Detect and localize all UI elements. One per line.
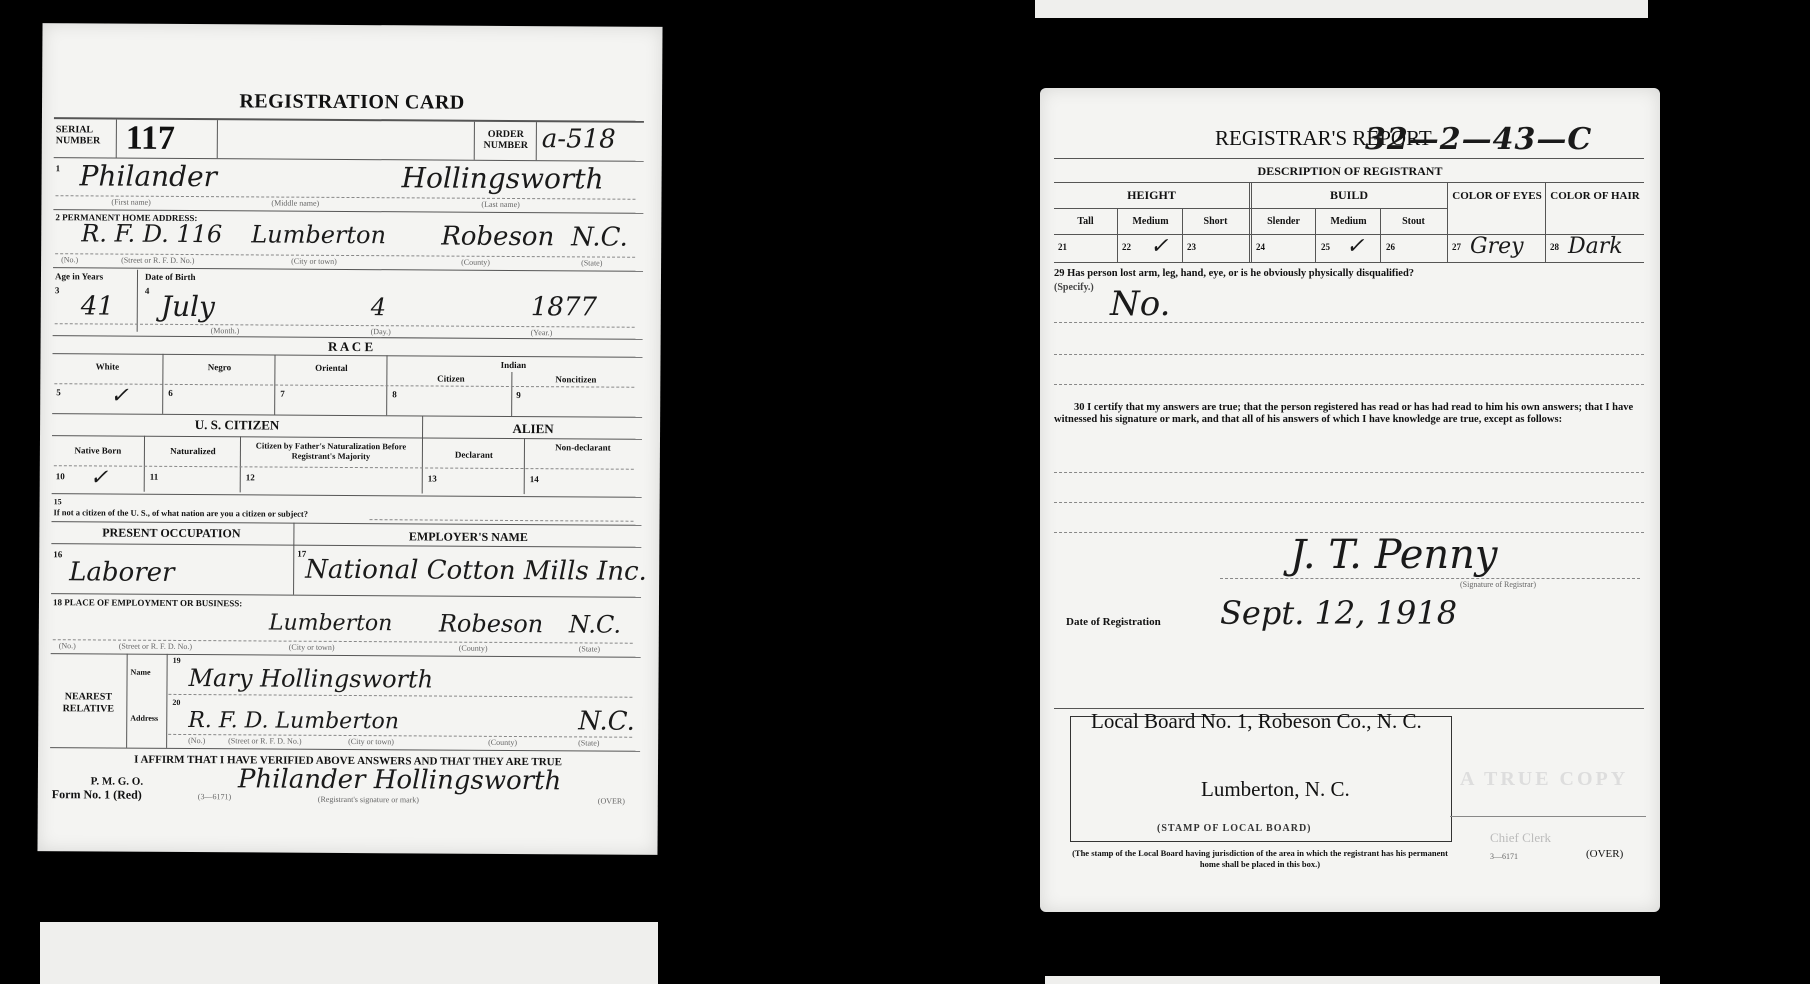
caption: (No.) [61,255,78,264]
build-header: BUILD [1251,188,1447,203]
caption: (Street or R. F. D. No.) [119,642,192,651]
race-indian: Indian [388,359,638,371]
form-code: 3—6171 [1490,852,1518,861]
relative-state: N.C. [578,706,635,736]
caption: (City or town) [348,737,394,746]
caption: (No.) [188,736,205,745]
height-tall: Tall [1054,216,1117,227]
by-father-label: Citizen by Father's Naturalization Befor… [242,440,420,461]
form-code: (3—6171) [198,792,231,801]
caption: (County) [459,644,488,653]
q15-text: If not a citizen of the U. S., of what n… [54,507,308,519]
dob-label: Date of Birth [145,272,196,282]
place-city: Lumberton [269,611,393,637]
q29-specify: (Specify.) [1054,282,1094,293]
signature-caption: (Registrant's signature or mark) [318,795,419,805]
build-medium-checkmark: ✓ [1346,234,1364,259]
card-title: REGISTRATION CARD [42,89,662,116]
caption: (Street or R. F. D. No.) [121,256,194,265]
q29-answer: No. [1110,284,1170,324]
field-num: 19 [173,656,181,665]
place-label: 18 PLACE OF EMPLOYMENT OR BUSINESS: [53,597,242,608]
caption: (State) [579,644,600,653]
relative-name-label: Name [131,668,151,677]
stamp-line2: Lumberton, N. C. [1201,777,1350,802]
report-subtitle: DESCRIPTION OF REGISTRANT [1040,164,1660,179]
form-line1: P. M. G. O. [52,775,182,788]
bottom-right-card-edge [1045,976,1660,984]
form-line2: Form No. 1 (Red) [52,787,142,803]
field-num: 7 [280,389,285,399]
field-num: 21 [1058,242,1067,252]
field-num: 6 [168,388,173,398]
caption: (First name) [111,198,150,207]
field-num: 13 [428,473,437,483]
handwritten-code: 32—2—43—C [1365,122,1592,157]
height-header: HEIGHT [1054,188,1249,203]
native-born-label: Native Born [52,445,144,456]
field-num: 25 [1321,242,1330,252]
caption: (Street or R. F. D. No.) [228,736,301,745]
occupation-value: Laborer [69,557,174,588]
q30-text: 30 I certify that my answers are true; t… [1054,402,1644,426]
race-indian-citizen: Citizen [388,373,513,384]
serial-label: SERIAL NUMBER [56,124,116,146]
registrar-caption: (Signature of Registrar) [1460,580,1536,589]
hair-header: COLOR OF HAIR [1547,190,1643,202]
field-num: 5 [56,387,61,397]
height-medium-checkmark: ✓ [1150,234,1168,259]
field-num: 26 [1386,242,1395,252]
stamp-line1: Local Board No. 1, Robeson Co., N. C. [1091,709,1422,734]
last-name: Hollingsworth [401,161,603,195]
field-num: 3 [55,285,60,295]
build-slender: Slender [1252,216,1315,227]
field-num: 12 [246,472,255,482]
caption: (Day.) [371,327,391,336]
white-checkmark: ✓ [110,384,129,409]
nearest-relative-label: NEAREST RELATIVE [50,691,126,715]
race-white: White [52,361,162,372]
address-county: Robeson [441,222,554,253]
place-state: N.C. [569,610,621,638]
faded-chief-clerk: Chief Clerk [1490,830,1551,846]
over-label: (OVER) [1586,848,1623,860]
build-stout: Stout [1382,216,1445,227]
field-num: 11 [150,472,159,482]
height-short: Short [1184,216,1247,227]
caption: (City or town) [289,643,335,652]
field-num: 15 [54,497,62,506]
registration-date: Sept. 12, 1918 [1220,594,1457,632]
age-value: 41 [81,291,114,321]
field-num: 24 [1256,242,1265,252]
native-born-checkmark: ✓ [90,465,109,490]
caption: (County) [461,258,490,267]
us-citizen-header: U. S. CITIZEN [52,416,422,434]
field-num: 16 [53,549,62,559]
caption: (Year.) [531,328,553,337]
registrant-signature: Philander Hollingsworth [238,764,562,796]
caption: (Middle name) [271,199,319,208]
age-label: Age in Years [55,271,103,281]
caption: (State) [578,738,599,747]
first-name: Philander [80,159,218,193]
race-indian-noncitizen: Noncitizen [513,374,638,385]
order-number: a-518 [542,124,616,154]
race-negro: Negro [164,362,274,373]
eye-color-value: Grey [1470,234,1524,259]
caption: (City or town) [291,257,337,266]
field-num: 10 [56,471,65,481]
field-num: 9 [516,390,521,400]
caption: (State) [581,258,602,267]
nondeclarant-label: Non-declarant [526,442,640,454]
field-num: 20 [172,698,180,707]
relative-name: Mary Hollingsworth [188,664,433,693]
eyes-header: COLOR OF EYES [1449,190,1545,202]
dob-month: July [161,290,215,323]
naturalized-label: Naturalized [146,446,240,457]
build-medium: Medium [1317,216,1380,227]
bottom-left-card-edge [40,922,658,984]
field-num: 22 [1122,242,1131,252]
field-num: 4 [145,286,150,296]
field-num: 1 [56,163,61,173]
caption: (County) [488,738,517,747]
registrar-signature: J. T. Penny [1290,532,1498,578]
registration-card-front: REGISTRATION CARD SERIAL NUMBER 117 ORDE… [37,23,662,855]
date-label: Date of Registration [1066,616,1161,628]
over-label: (OVER) [598,797,625,806]
caption: (Last name) [481,200,519,209]
top-right-card-edge [1035,0,1648,18]
field-num: 23 [1187,242,1196,252]
local-board-stamp-box: Local Board No. 1, Robeson Co., N. C. Lu… [1070,716,1452,842]
dob-day: 4 [371,293,386,321]
employer-value: National Cotton Mills Inc. [305,555,647,587]
occupation-header: PRESENT OCCUPATION [51,525,291,541]
declarant-label: Declarant [424,449,524,460]
relative-address: R. F. D. Lumberton [188,708,399,734]
registrars-report-back: REGISTRAR'S REPORT 32—2—43—C DESCRIPTION… [1040,88,1660,912]
alien-header: ALIEN [424,420,642,437]
stamp-caption: (STAMP OF LOCAL BOARD) [1157,823,1312,834]
field-num: 28 [1550,242,1559,252]
field-num: 14 [530,474,539,484]
caption: (Month.) [211,326,240,335]
faded-true-copy-stamp: A TRUE COPY [1460,768,1628,791]
serial-number: 117 [126,120,175,158]
address-state: N.C. [571,222,628,252]
field-num: 8 [392,389,397,399]
hair-color-value: Dark [1568,234,1623,259]
address-street: R. F. D. 116 [81,219,222,248]
stamp-note: (The stamp of the Local Board having jur… [1070,848,1450,870]
place-county: Robeson [439,610,543,639]
field-num: 27 [1452,242,1461,252]
relative-address-label: Address [130,714,158,723]
address-city: Lumberton [251,220,386,249]
caption: (No.) [59,641,76,650]
q29-text: 29 Has person lost arm, leg, hand, eye, … [1054,268,1414,279]
height-medium: Medium [1119,216,1182,227]
employer-header: EMPLOYER'S NAME [295,529,641,546]
order-label: ORDER NUMBER [480,129,532,151]
race-oriental: Oriental [276,363,386,374]
dob-year: 1877 [531,292,597,322]
